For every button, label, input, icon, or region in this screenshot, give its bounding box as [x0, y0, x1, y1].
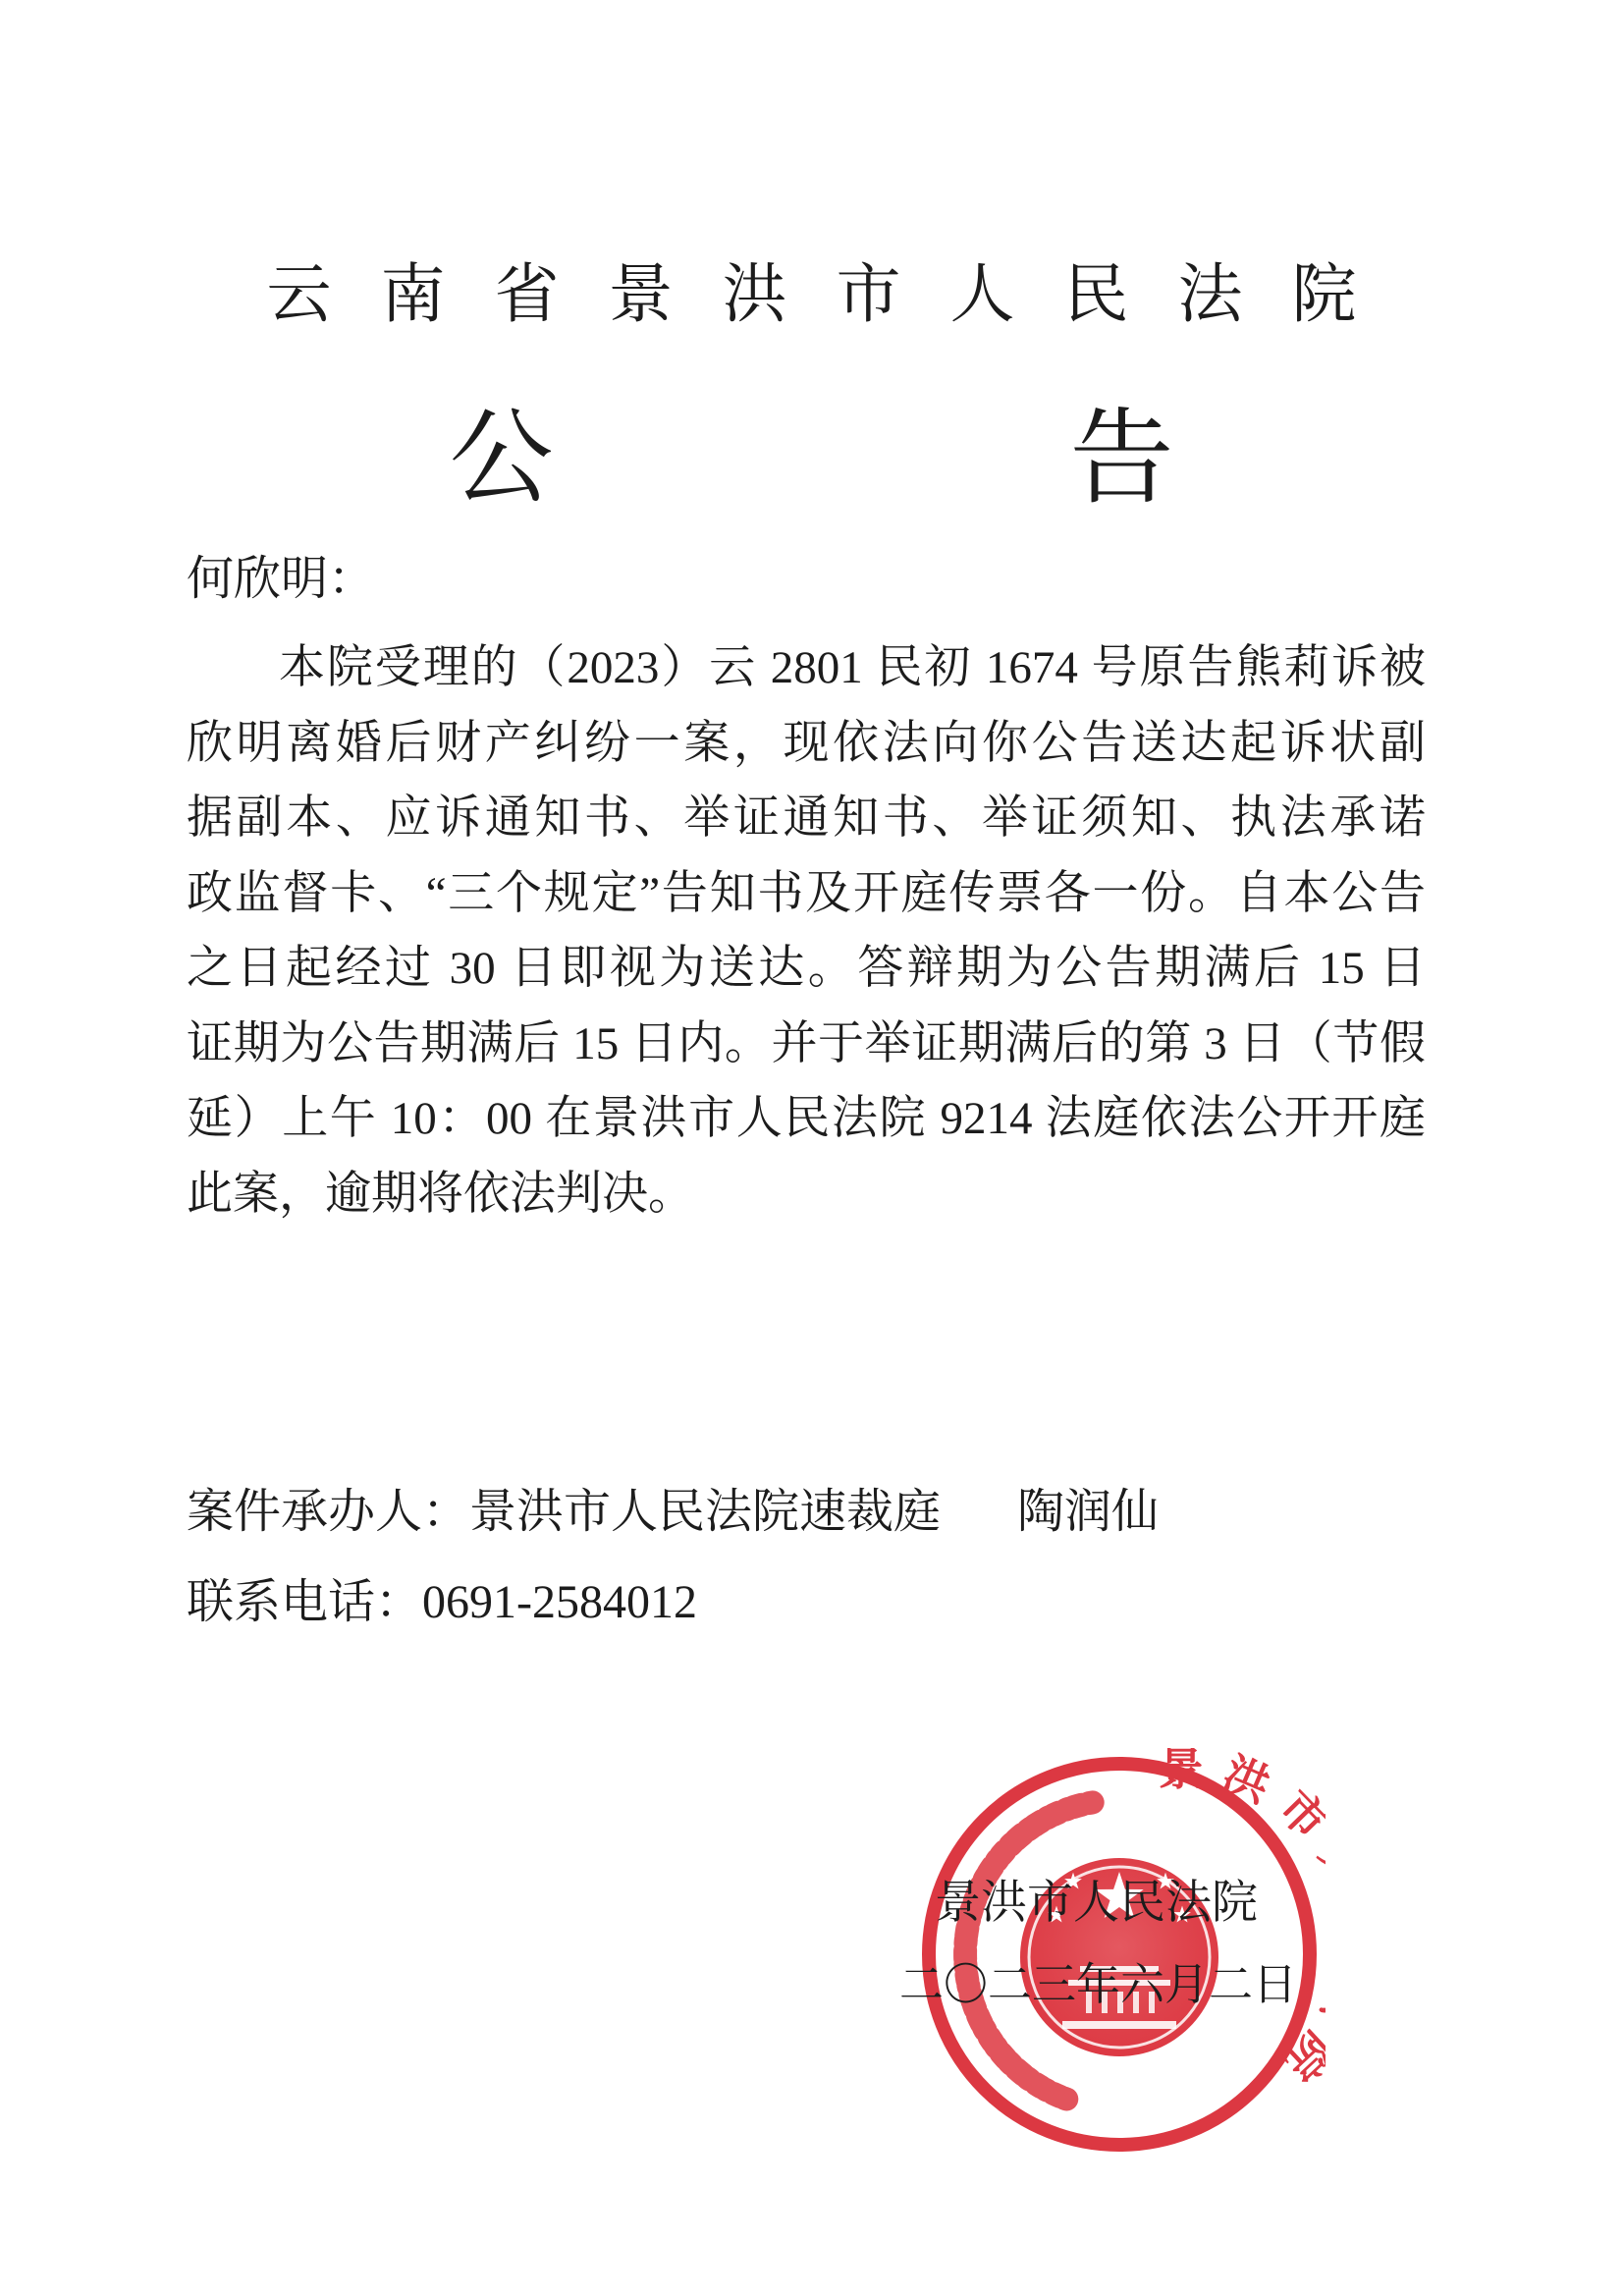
- phone-number: 0691-2584012: [422, 1576, 697, 1628]
- phone-label: 联系电话：: [187, 1576, 422, 1628]
- body-line: 欣明离婚后财产纠纷一案，现依法向你公告送达起诉状副本、证: [187, 706, 1426, 782]
- case-handler-unit: 景洪市人民法院速裁庭: [469, 1486, 941, 1538]
- body-line: 此案，逾期将依法判决。: [187, 1157, 1426, 1232]
- contact-phone-line: 联系电话：0691-2584012: [187, 1558, 1159, 1648]
- signature-court-name: 景洪市人民法院: [935, 1866, 1258, 1932]
- case-handler-name: 陶润仙: [1017, 1486, 1159, 1538]
- notice-body: 本院受理的（2023）云 2801 民初 1674 号原告熊莉诉被告何 欣明离婚…: [187, 630, 1426, 1231]
- salutation: 何欣明：: [187, 540, 375, 608]
- signature-date: 二〇二三年六月二日: [899, 1948, 1297, 2012]
- case-handler-label: 案件承办人：: [187, 1486, 469, 1538]
- notice-document-page: 云南省景洪市人民法院 公 告 何欣明： 本院受理的（2023）云 2801 民初…: [0, 0, 1623, 2296]
- body-line: 据副本、应诉通知书、举证通知书、举证须知、执法承诺书、廉: [187, 781, 1426, 856]
- body-line: 延）上午 10：00 在景洪市人民法院 9214 法庭依法公开开庭审理: [187, 1081, 1426, 1157]
- case-handler-line: 案件承办人：景洪市人民法院速裁庭陶润仙: [187, 1467, 1159, 1558]
- body-line: 政监督卡、“三个规定”告知书及开庭传票各一份。自本公告发出: [187, 856, 1426, 932]
- body-line: 本院受理的（2023）云 2801 民初 1674 号原告熊莉诉被告何: [187, 630, 1426, 706]
- notice-title: 公 告: [0, 375, 1623, 524]
- body-line: 之日起经过 30 日即视为送达。答辩期为公告期满后 15 日内，举: [187, 931, 1426, 1007]
- body-line: 证期为公告期满后 15 日内。并于举证期满后的第 3 日（节假日顺: [187, 1007, 1426, 1082]
- court-name-heading: 云南省景洪市人民法院: [0, 242, 1623, 335]
- closing-block: 案件承办人：景洪市人民法院速裁庭陶润仙 联系电话：0691-2584012: [187, 1467, 1159, 1648]
